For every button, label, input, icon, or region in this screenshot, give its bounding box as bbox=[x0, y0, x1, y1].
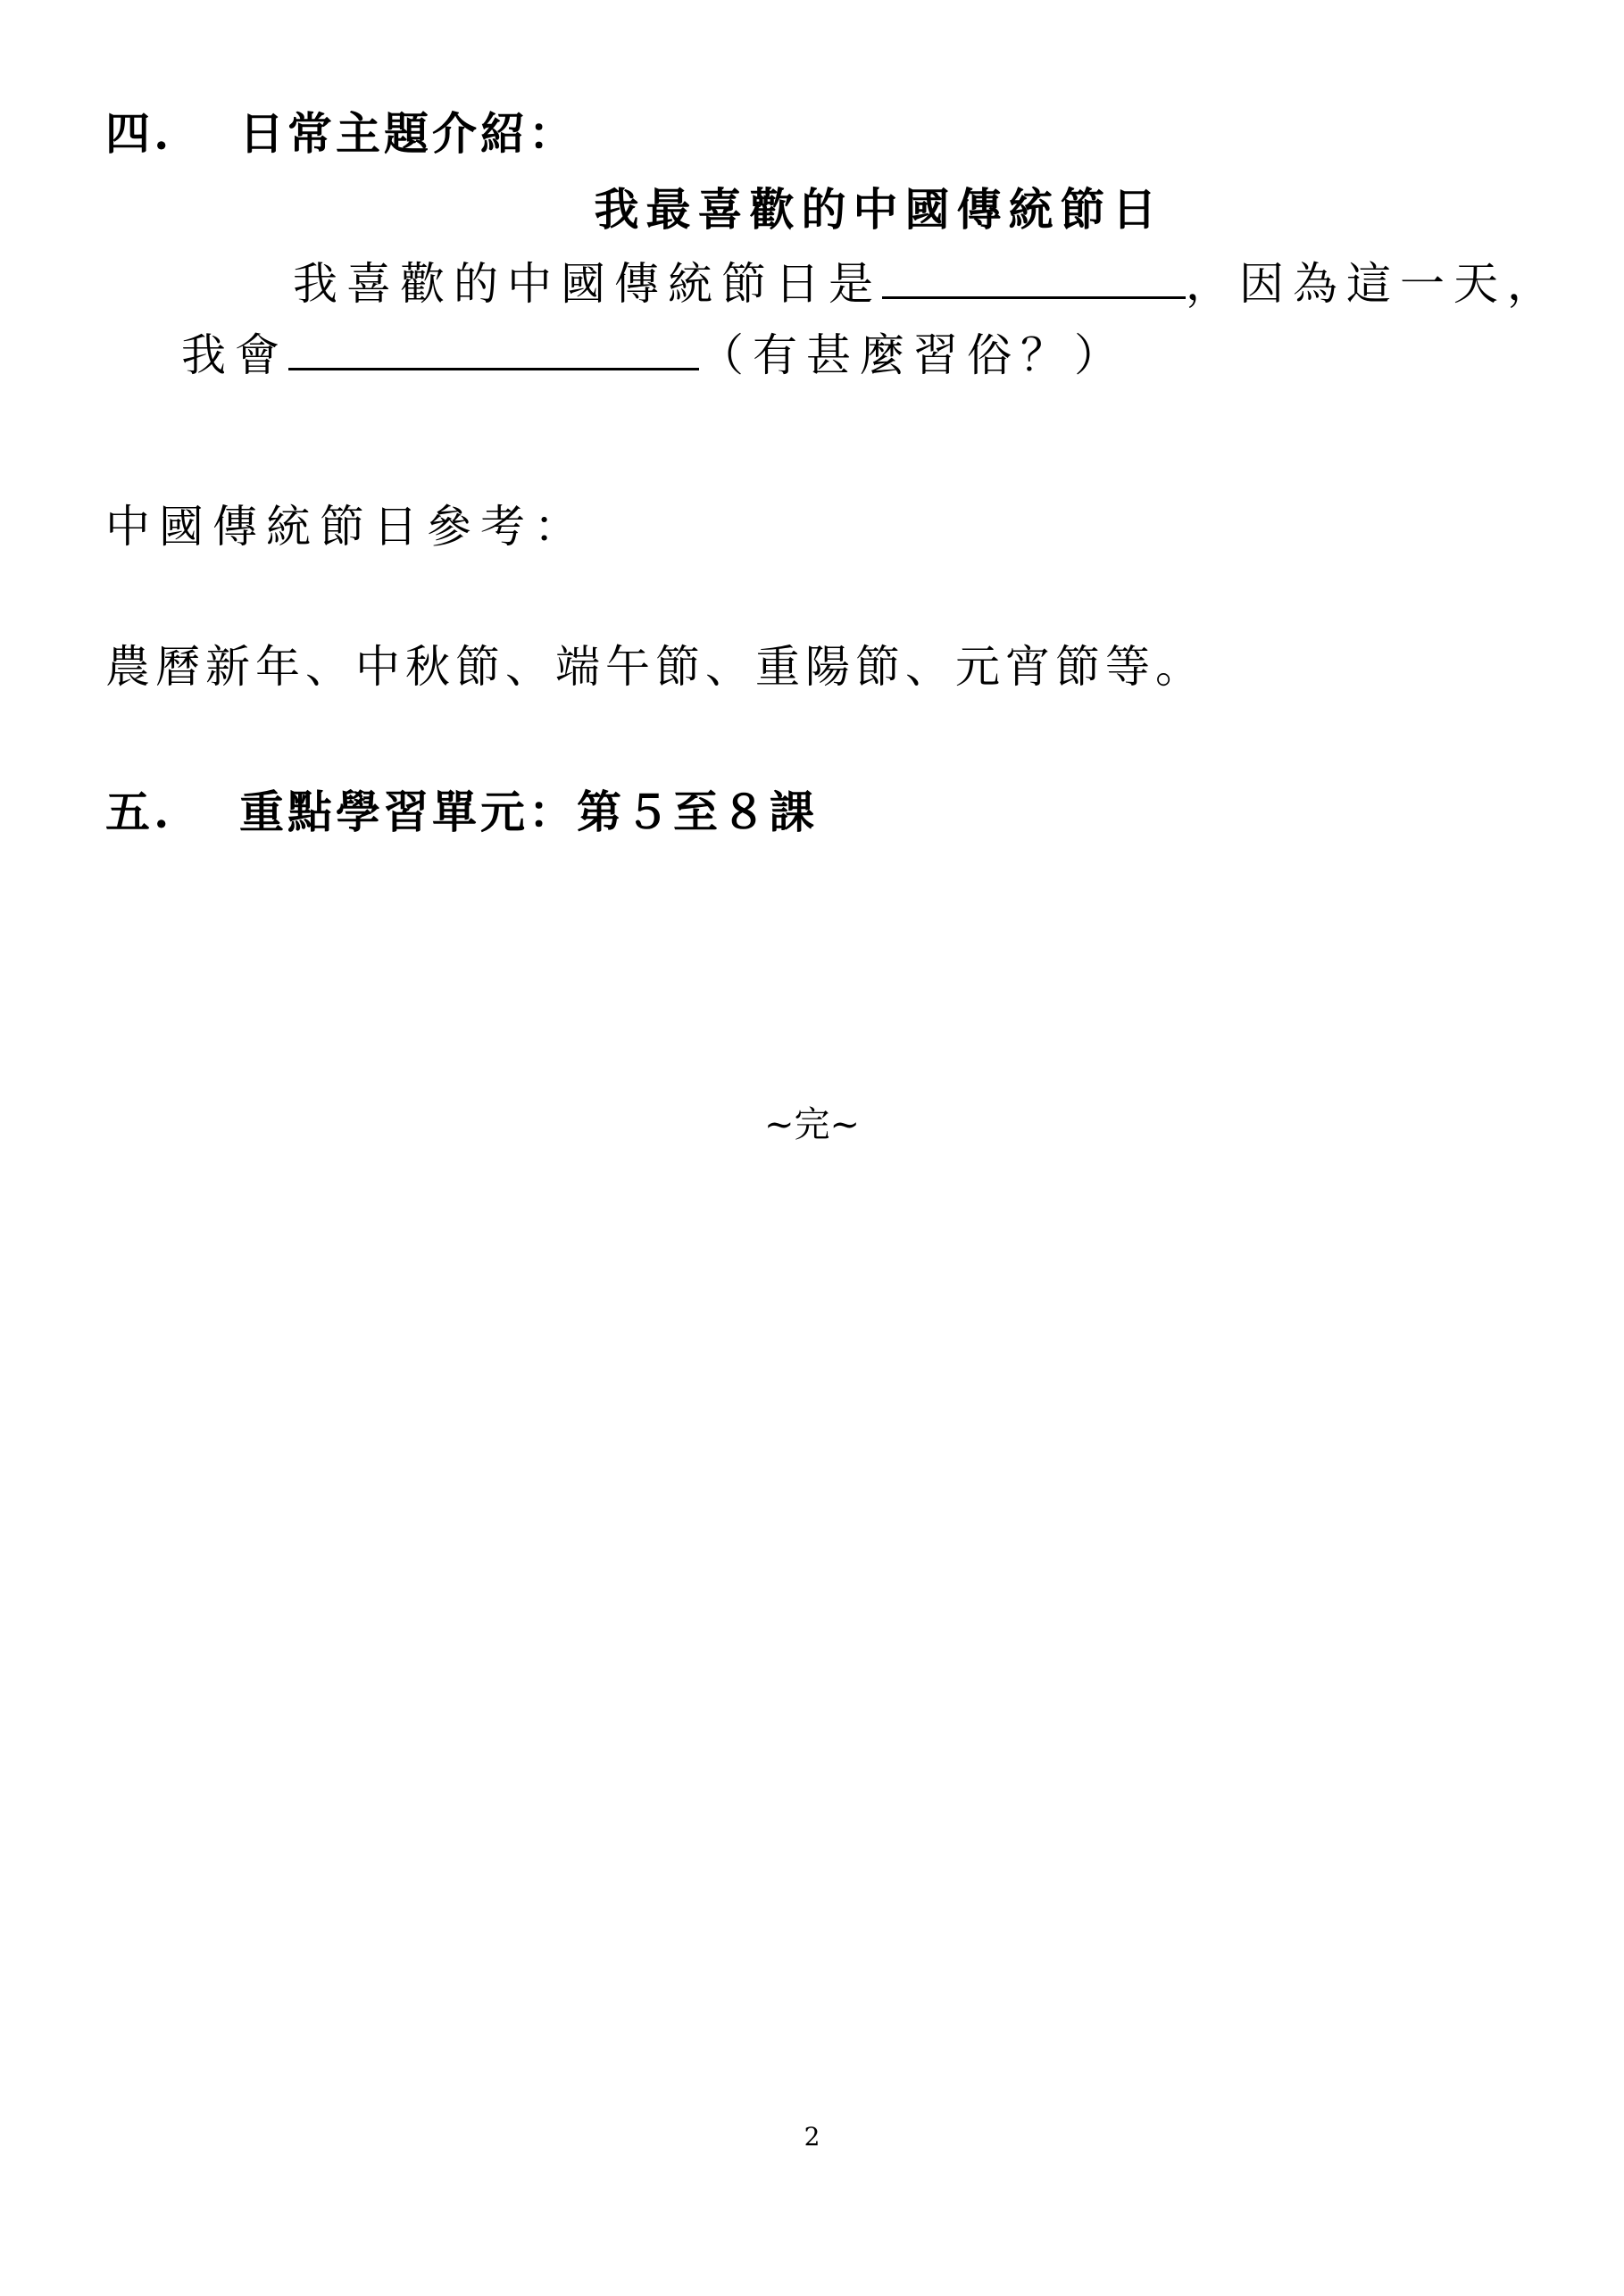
fill-in-sentence-2: 我會（有甚麼習俗？） bbox=[181, 329, 1128, 378]
reference-label: 中國傳統節日參考： bbox=[105, 504, 587, 549]
section-5-number: 五. bbox=[105, 790, 239, 835]
page-number: 2 bbox=[0, 2125, 1624, 2150]
section-5-heading-text: 重點學習單元：第５至８課 bbox=[239, 786, 818, 838]
custom-blank[interactable] bbox=[288, 329, 699, 370]
section-4-heading-text: 日常主題介紹： bbox=[239, 107, 577, 160]
section-5-heading: 五.重點學習單元：第５至８課 bbox=[105, 790, 818, 835]
end-mark: ~完~ bbox=[0, 1107, 1624, 1143]
sentence-1-suffix: ，因為這一天， bbox=[1186, 258, 1561, 310]
sentence-2-prefix: 我會 bbox=[181, 329, 288, 381]
festival-reference-list: 農曆新年、中秋節、端午節、重陽節、元宵節等。 bbox=[105, 645, 1205, 689]
fill-in-sentence-1: 我喜歡的中國傳統節日是，因為這一天， bbox=[293, 257, 1561, 306]
section-4-heading: 四.日常主題介紹： bbox=[105, 112, 577, 156]
worksheet-page: 四.日常主題介紹： 我最喜歡的中國傳統節日 我喜歡的中國傳統節日是，因為這一天，… bbox=[0, 0, 1624, 2296]
festival-blank[interactable] bbox=[882, 257, 1186, 299]
sentence-1-prefix: 我喜歡的中國傳統節日是 bbox=[293, 258, 882, 310]
section-4-number: 四. bbox=[105, 112, 239, 156]
topic-title: 我最喜歡的中國傳統節日 bbox=[0, 187, 1624, 232]
sentence-2-suffix: （有甚麼習俗？） bbox=[699, 329, 1128, 381]
